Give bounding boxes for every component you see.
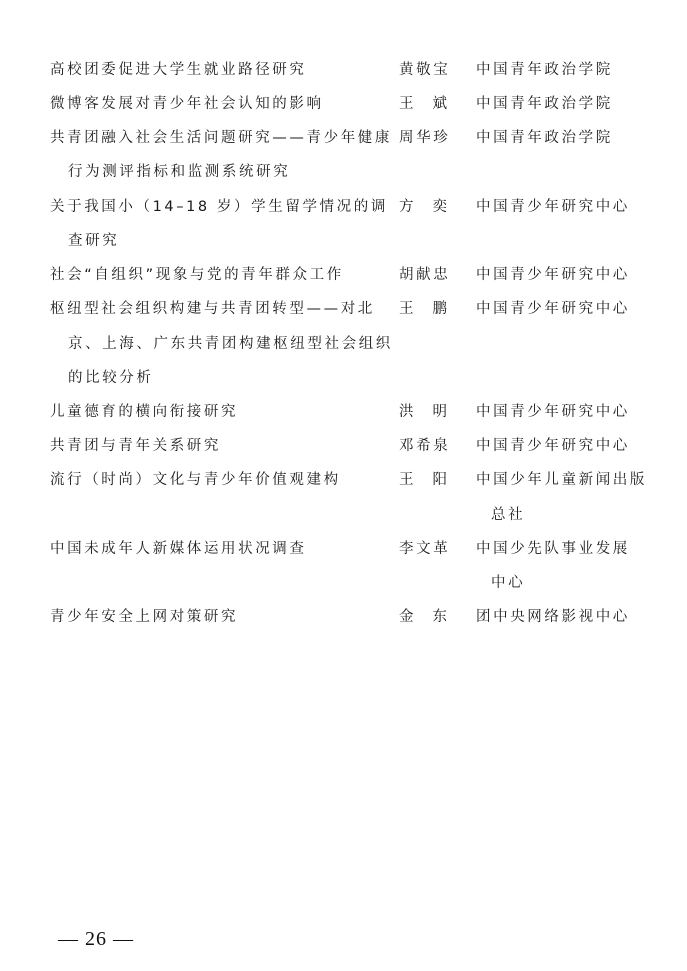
organization: 中国少先队事业发展 (476, 539, 630, 559)
table-row: 共青团与青年关系研究 邓希泉 中国青少年研究中心 (0, 436, 687, 470)
organization-continuation: 中心 (491, 573, 525, 593)
project-title-continuation: 的比较分析 (68, 368, 154, 388)
table-row: 枢纽型社会组织构建与共青团转型——对北 王鹏 中国青少年研究中心 (0, 299, 687, 333)
author-name: 胡献忠 (399, 265, 450, 285)
author-name: 王阳 (399, 470, 466, 490)
project-title: 枢纽型社会组织构建与共青团转型——对北 (50, 299, 375, 319)
organization-continuation: 总社 (491, 505, 525, 525)
document-page: 高校团委促进大学生就业路径研究 黄敬宝 中国青年政治学院 微博客发展对青少年社会… (0, 0, 687, 971)
author-name: 邓希泉 (399, 436, 450, 456)
table-row: 流行（时尚）文化与青少年价值观建构 王阳 中国少年儿童新闻出版 (0, 470, 687, 504)
author-name: 洪明 (399, 402, 466, 422)
project-title-continuation: 查研究 (68, 231, 119, 251)
author-name: 王鹏 (399, 299, 466, 319)
table-row: 共青团融入社会生活问题研究——青少年健康 周华珍 中国青年政治学院 (0, 128, 687, 162)
project-title: 高校团委促进大学生就业路径研究 (50, 60, 307, 80)
organization: 团中央网络影视中心 (476, 607, 630, 627)
table-row-continuation: 查研究 (0, 231, 687, 265)
table-row: 社会“自组织”现象与党的青年群众工作 胡献忠 中国青少年研究中心 (0, 265, 687, 299)
table-row-continuation: 行为测评指标和监测系统研究 (0, 162, 687, 196)
organization: 中国青少年研究中心 (476, 436, 630, 456)
organization: 中国青少年研究中心 (476, 299, 630, 319)
organization: 中国青少年研究中心 (476, 265, 630, 285)
table-row: 关于我国小（14–18 岁）学生留学情况的调 方奕 中国青少年研究中心 (0, 197, 687, 231)
project-title: 共青团融入社会生活问题研究——青少年健康 (50, 128, 392, 148)
project-title: 社会“自组织”现象与党的青年群众工作 (50, 265, 344, 285)
table-row: 儿童德育的横向衔接研究 洪明 中国青少年研究中心 (0, 402, 687, 436)
project-title: 中国未成年人新媒体运用状况调查 (50, 539, 307, 559)
table-row: 微博客发展对青少年社会认知的影响 王斌 中国青年政治学院 (0, 94, 687, 128)
table-row-continuation: 中心 (0, 573, 687, 607)
project-title-continuation: 行为测评指标和监测系统研究 (68, 162, 290, 182)
table-row: 中国未成年人新媒体运用状况调查 李文革 中国少先队事业发展 (0, 539, 687, 573)
project-title-continuation: 京、上海、广东共青团构建枢纽型社会组织 (68, 334, 393, 354)
table-row: 青少年安全上网对策研究 金东 团中央网络影视中心 (0, 607, 687, 641)
author-name: 王斌 (399, 94, 466, 114)
table-row-continuation: 总社 (0, 505, 687, 539)
project-title: 儿童德育的横向衔接研究 (50, 402, 238, 422)
table-row-continuation: 京、上海、广东共青团构建枢纽型社会组织 (0, 334, 687, 368)
organization: 中国青少年研究中心 (476, 197, 630, 217)
organization: 中国青年政治学院 (476, 128, 613, 148)
author-name: 方奕 (399, 197, 466, 217)
author-name: 金东 (399, 607, 466, 627)
project-title: 共青团与青年关系研究 (50, 436, 221, 456)
table-row: 高校团委促进大学生就业路径研究 黄敬宝 中国青年政治学院 (0, 60, 687, 94)
table-row-continuation: 的比较分析 (0, 368, 687, 402)
author-name: 李文革 (399, 539, 450, 559)
project-title: 关于我国小（14–18 岁）学生留学情况的调 (50, 197, 388, 217)
page-number: — 26 — (58, 928, 134, 951)
author-name: 黄敬宝 (399, 60, 450, 80)
organization: 中国青少年研究中心 (476, 402, 630, 422)
organization: 中国青年政治学院 (476, 94, 613, 114)
author-name: 周华珍 (399, 128, 450, 148)
project-title: 青少年安全上网对策研究 (50, 607, 238, 627)
project-title: 流行（时尚）文化与青少年价值观建构 (50, 470, 341, 490)
organization: 中国少年儿童新闻出版 (476, 470, 647, 490)
organization: 中国青年政治学院 (476, 60, 613, 80)
project-title: 微博客发展对青少年社会认知的影响 (50, 94, 324, 114)
